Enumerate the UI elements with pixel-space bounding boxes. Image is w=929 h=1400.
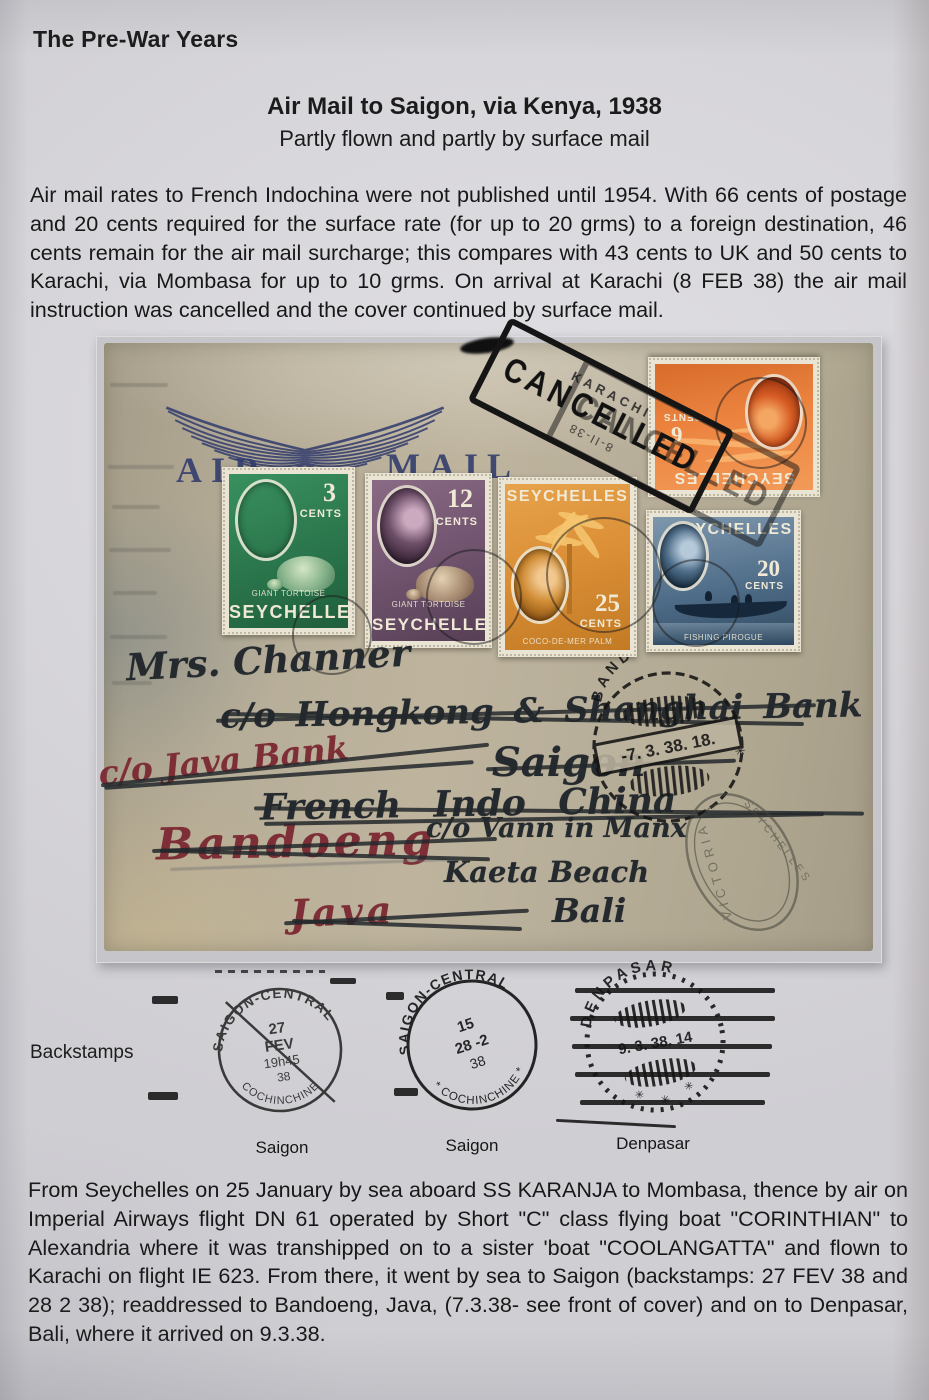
cds-ornament: ✳ — [659, 1092, 671, 1108]
envelope: AIR MAIL 3 CENTS GIANT TORTOISE SEYCHELL… — [104, 343, 873, 951]
cds-line: 38 — [276, 1069, 291, 1085]
cover-sleeve: AIR MAIL 3 CENTS GIANT TORTOISE SEYCHELL… — [96, 336, 882, 963]
seychelles-text: SEYCHELLES — [741, 798, 813, 886]
cds-line: 9. 3. 38. 14 — [617, 1028, 695, 1058]
backstamp-caption-denpasar: Denpasar — [598, 1134, 708, 1154]
faint-print-line — [110, 383, 168, 387]
stamp-value: 20 — [757, 557, 780, 580]
faint-print-line — [113, 591, 157, 595]
stamp-unit: CENTS — [436, 516, 478, 528]
faint-print-line — [112, 505, 160, 509]
cds-line: 28 -2 — [453, 1031, 491, 1058]
backstamp-denpasar: DENPASAR 9. 3. 38. 14 ✳ ✳ ✳ — [568, 955, 743, 1130]
backstamps-label: Backstamps — [30, 1042, 133, 1064]
address-java-red: Java — [289, 887, 396, 936]
address-bali: Bali — [552, 891, 626, 930]
stamp-subject: COCO-DE-MER PALM — [505, 637, 630, 646]
stamp-country: SEYCHELLES — [505, 488, 630, 506]
exhibit-subtitle: Partly flown and partly by surface mail — [0, 126, 929, 152]
cds-line: 15 — [455, 1015, 476, 1036]
cds-ring — [652, 559, 740, 647]
cds-ornament: ✳ — [634, 1089, 645, 1102]
stamp-value: 12 — [447, 486, 473, 512]
cancel-bar — [148, 1092, 178, 1100]
cancel-dashes — [215, 970, 325, 973]
faint-print-line — [110, 635, 167, 639]
stamp-unit: CENTS — [745, 581, 784, 592]
backstamp-saigon-1: SAIGON-CENTRAL COCHINCHINE 27 FEV 19h45 … — [205, 975, 355, 1125]
exhibit-title: Air Mail to Saigon, via Kenya, 1938 — [0, 93, 929, 121]
cds-ring — [546, 517, 662, 633]
king-portrait-oval — [235, 479, 297, 561]
cds-line: 38 — [468, 1052, 488, 1072]
king-portrait-oval — [377, 485, 437, 567]
addressee-name: Mrs. Channer — [125, 631, 411, 690]
victoria-seychelles-oval-postmark: VICTORIA SEYCHELLES — [657, 767, 827, 957]
faint-print-line — [109, 548, 171, 552]
stamp-value: 3 — [323, 480, 336, 506]
backstamp-saigon-2: SAIGON-CENTRAL * COCHINCHINE * 15 28 -2 … — [392, 965, 552, 1125]
backstamp-caption-saigon-1: Saigon — [240, 1138, 324, 1158]
cds-ornament: ✳ — [683, 1080, 694, 1093]
stamp-unit: CENTS — [300, 508, 342, 520]
closing-paragraph: From Seychelles on 25 January by sea abo… — [28, 1176, 908, 1349]
cancel-bar — [152, 996, 178, 1004]
tortoise-vignette — [277, 556, 335, 592]
intro-paragraph: Air mail rates to French Indochina were … — [30, 181, 907, 325]
bandoeng-asterisk: ✳ — [734, 743, 747, 759]
exhibit-page: { "page": { "header": "The Pre-War Years… — [0, 0, 929, 1400]
cds-ring — [426, 549, 522, 645]
backstamp-caption-saigon-2: Saigon — [430, 1136, 514, 1156]
page-title: The Pre-War Years — [33, 26, 238, 53]
